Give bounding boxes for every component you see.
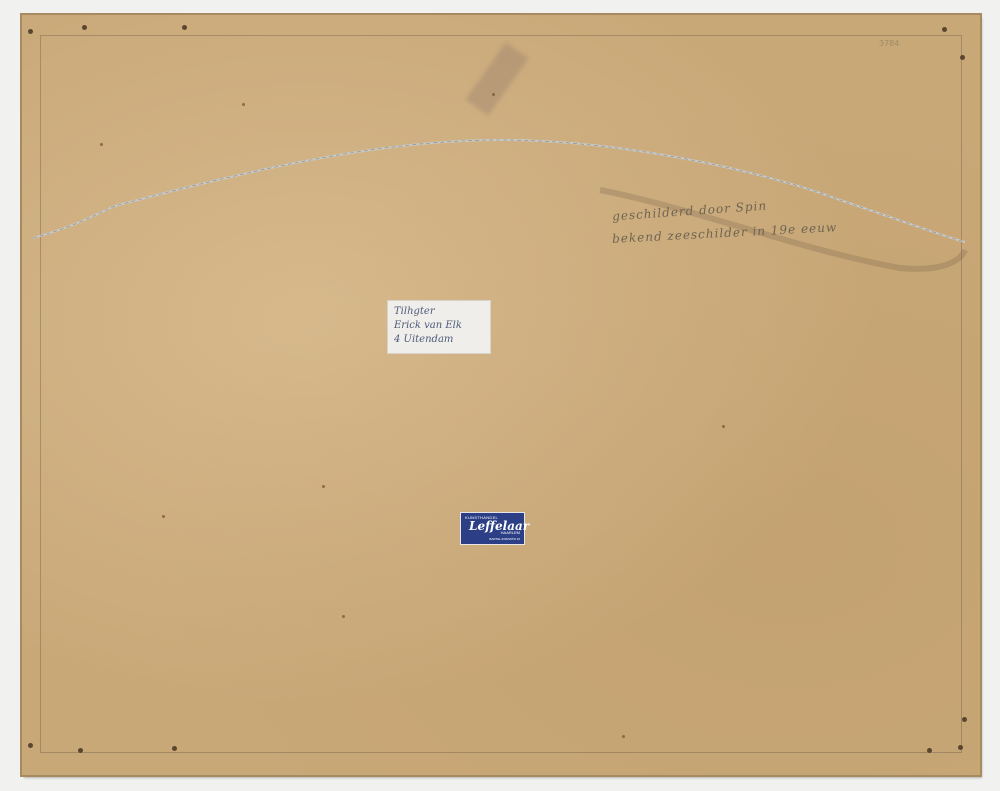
hanging-wire [0, 0, 1000, 791]
sticker-brand: Leffelaar [469, 519, 529, 533]
label-line: 4 Uitendam [394, 333, 484, 347]
label-line: Tilhgter [394, 305, 484, 319]
owner-label-sticker: Tilhgter Erick van Elk 4 Uitendam [387, 300, 491, 354]
sticker-address: BARTELJORISSTR 16 [489, 537, 520, 541]
framer-sticker: KUNSTHANDEL Leffelaar HAARLEM BARTELJORI… [460, 512, 525, 545]
label-line: Erick van Elk [394, 319, 484, 333]
sticker-city: HAARLEM [501, 530, 520, 535]
